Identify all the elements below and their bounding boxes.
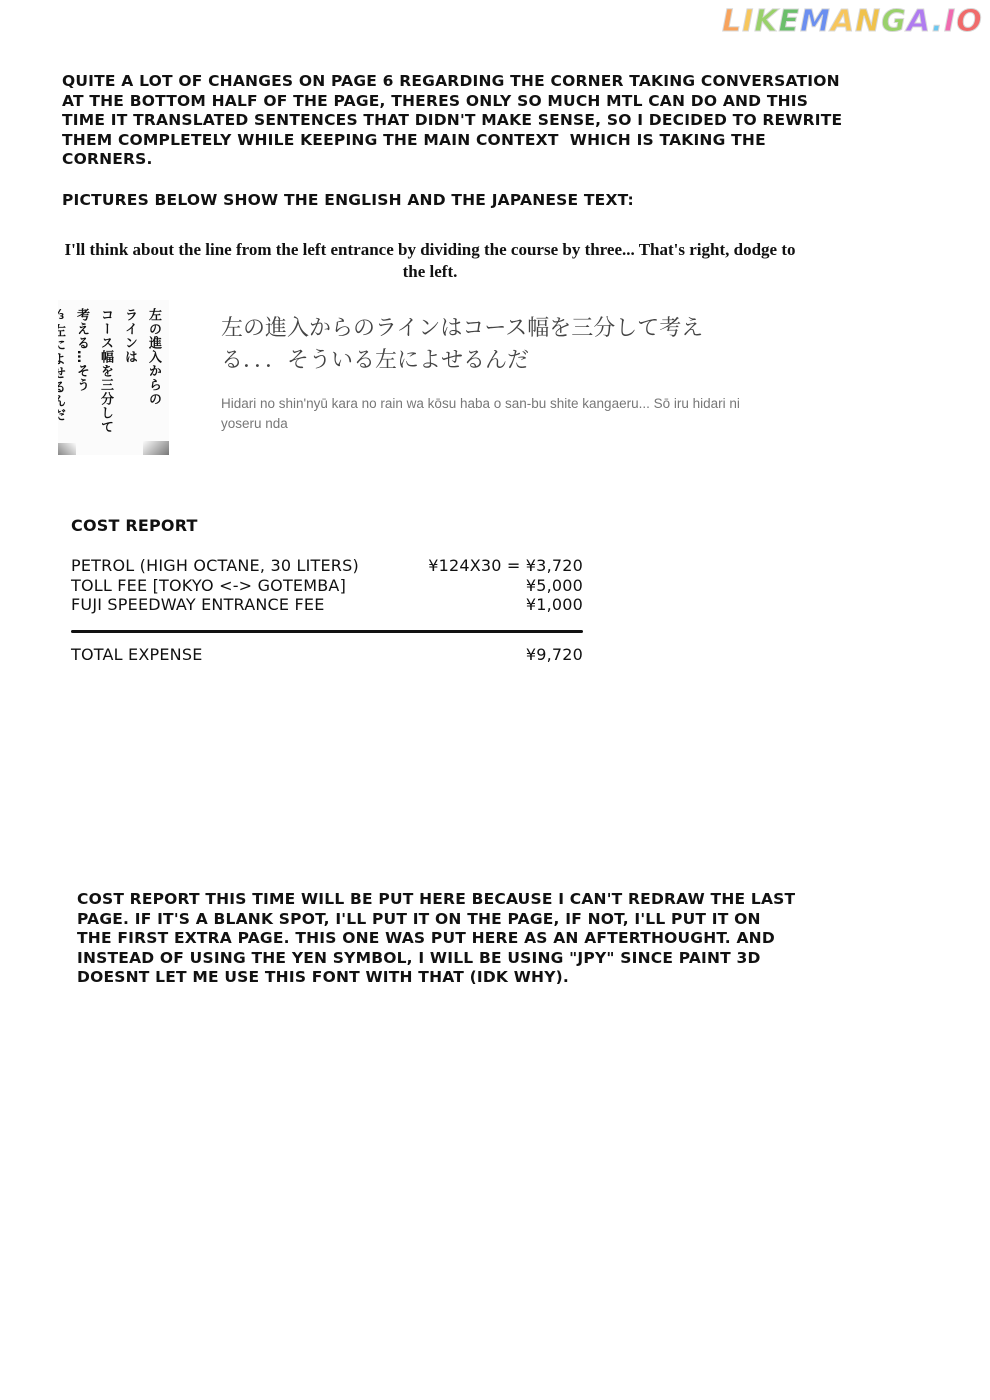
cost-item-amount: ¥1,000 xyxy=(526,595,583,615)
total-label: Total Expense xyxy=(71,645,203,665)
watermark-letter: O xyxy=(956,4,983,39)
speech-bubble-column: 左の進入からの xyxy=(143,308,163,434)
cost-report: Cost Report Petrol (High Octane, 30 Lite… xyxy=(71,516,583,664)
total-divider xyxy=(71,630,583,633)
cost-item-label: Toll Fee [Tokyo <-> Gotemba] xyxy=(71,576,346,596)
panel-shading xyxy=(58,443,76,455)
watermark-letter: I xyxy=(742,4,754,39)
speech-bubble-column: コース幅を三分して xyxy=(95,308,115,434)
watermark-letter: K xyxy=(754,4,778,39)
cost-item-label: Petrol (High Octane, 30 Liters) xyxy=(71,556,359,576)
japanese-text: 左の進入からのラインはコース幅を三分して考える．．．そういる左によせるんだ xyxy=(221,313,741,377)
watermark-letter: A xyxy=(907,4,932,39)
speech-bubble-column: 考える…そう xyxy=(71,308,91,434)
cost-report-items: Petrol (High Octane, 30 Liters)¥124x30 =… xyxy=(71,556,583,615)
panel-shading xyxy=(143,441,169,455)
cost-report-title: Cost Report xyxy=(71,516,583,536)
closing-note: Cost report this time will be put here b… xyxy=(77,890,797,988)
watermark-letter: N xyxy=(855,4,881,39)
cost-item-label: Fuji Speedway Entrance Fee xyxy=(71,595,325,615)
watermark-letter: E xyxy=(779,4,801,39)
speech-bubble-column: ⅓左によせるんだ xyxy=(58,308,67,434)
watermark-letter: M xyxy=(800,4,831,39)
cost-item-row: Fuji Speedway Entrance Fee¥1,000 xyxy=(71,595,583,615)
total-amount: ¥9,720 xyxy=(526,645,583,665)
pictures-caption: Pictures below show the English and the … xyxy=(62,190,634,210)
cost-item-row: Petrol (High Octane, 30 Liters)¥124x30 =… xyxy=(71,556,583,576)
romaji-text: Hidari no shin'nyū kara no rain wa kōsu … xyxy=(221,394,751,434)
speech-bubble-column: ラインは xyxy=(119,308,139,434)
watermark-letter: . xyxy=(932,4,944,39)
watermark-letter: I xyxy=(944,4,956,39)
manga-speech-bubble-image: 左の進入からのラインはコース幅を三分して考える…そう⅓左によせるんだ xyxy=(58,300,169,455)
watermark-letter: G xyxy=(881,4,907,39)
cost-item-amount: ¥5,000 xyxy=(526,576,583,596)
watermark-letter: A xyxy=(831,4,855,39)
speech-bubble-text: 左の進入からのラインはコース幅を三分して考える…そう⅓左によせるんだ xyxy=(58,308,163,434)
cost-item-amount: ¥124x30 = ¥3,720 xyxy=(428,556,583,576)
intro-note: Quite a lot of changes on page 6 regardi… xyxy=(62,72,852,170)
cost-report-total: Total Expense ¥9,720 xyxy=(71,645,583,665)
watermark-letter: L xyxy=(722,4,742,39)
english-translation-line: I'll think about the line from the left … xyxy=(60,239,800,283)
cost-item-row: Toll Fee [Tokyo <-> Gotemba]¥5,000 xyxy=(71,576,583,596)
watermark-logo: LIKEMANGA.IO xyxy=(722,4,983,39)
